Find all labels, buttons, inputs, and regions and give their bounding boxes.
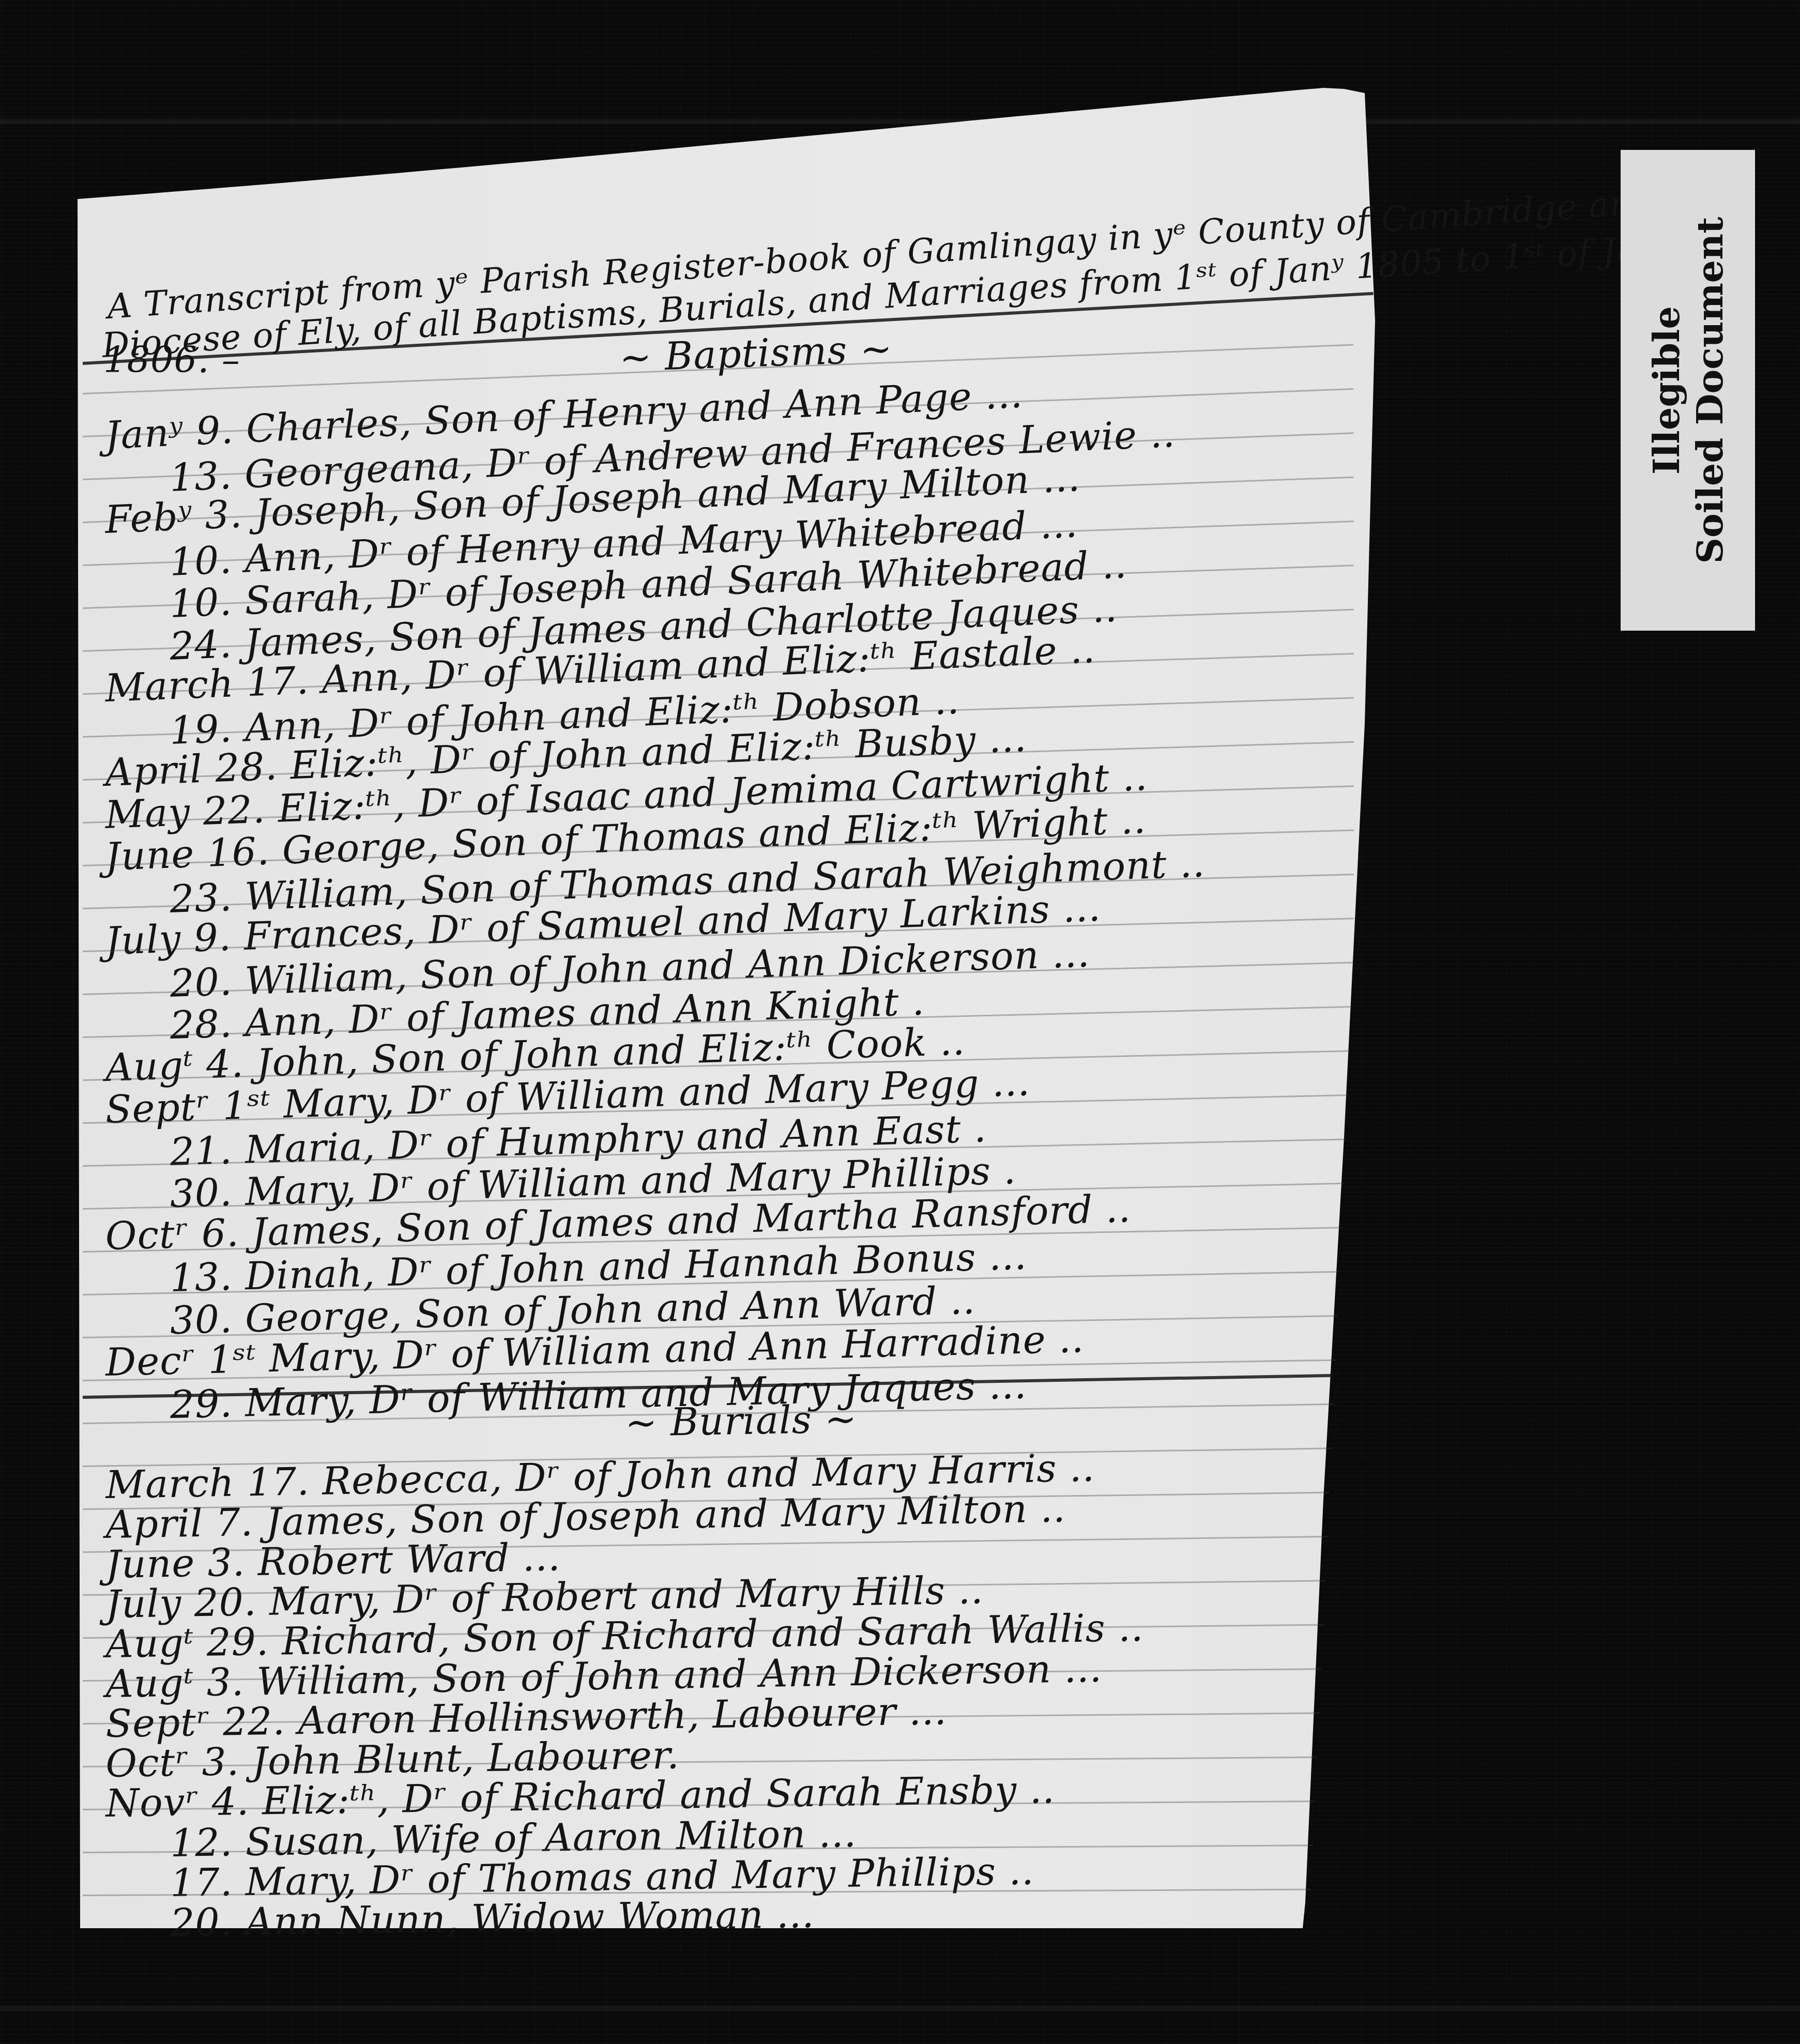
entry-date: 21. [170, 1128, 233, 1174]
entry-date: June 16. [104, 829, 270, 879]
entry-date: March 17. [104, 658, 310, 711]
entry-date: Octʳ 3. [105, 1740, 240, 1786]
entry-text: Ann Nunn, Widow Woman ... [245, 1892, 815, 1944]
entry-date: 13. [170, 1255, 233, 1301]
baptisms-heading: ~ Baptisms ~ [619, 327, 893, 380]
entry-date: 20. [170, 1900, 233, 1945]
entry-date: Novʳ 4. [105, 1779, 250, 1826]
entry-date: 12. [170, 1820, 233, 1866]
entry-date: Augᵗ 4. [104, 1041, 244, 1090]
entry-date: 20. [169, 959, 233, 1006]
entry-date: 28. [169, 1001, 233, 1048]
entry-date: 30. [170, 1170, 233, 1216]
register-entry: 20. Ann Nunn, Widow Woman ... [170, 1892, 815, 1945]
burials-heading: ~ Burials ~ [624, 1397, 857, 1445]
label-line-soiled-document: Soiled Document [1688, 217, 1731, 563]
label-line-illegible: Illegible [1644, 217, 1688, 563]
entry-date: Septʳ 1ˢᵗ [104, 1082, 271, 1132]
entry-date: July 9. [104, 915, 232, 964]
entry-date: 17. [170, 1860, 233, 1905]
entry-date: Augᵗ 3. [105, 1660, 245, 1706]
illegible-soiled-label: Illegible Soiled Document [1621, 150, 1755, 631]
entry-date: 23. [169, 875, 233, 921]
